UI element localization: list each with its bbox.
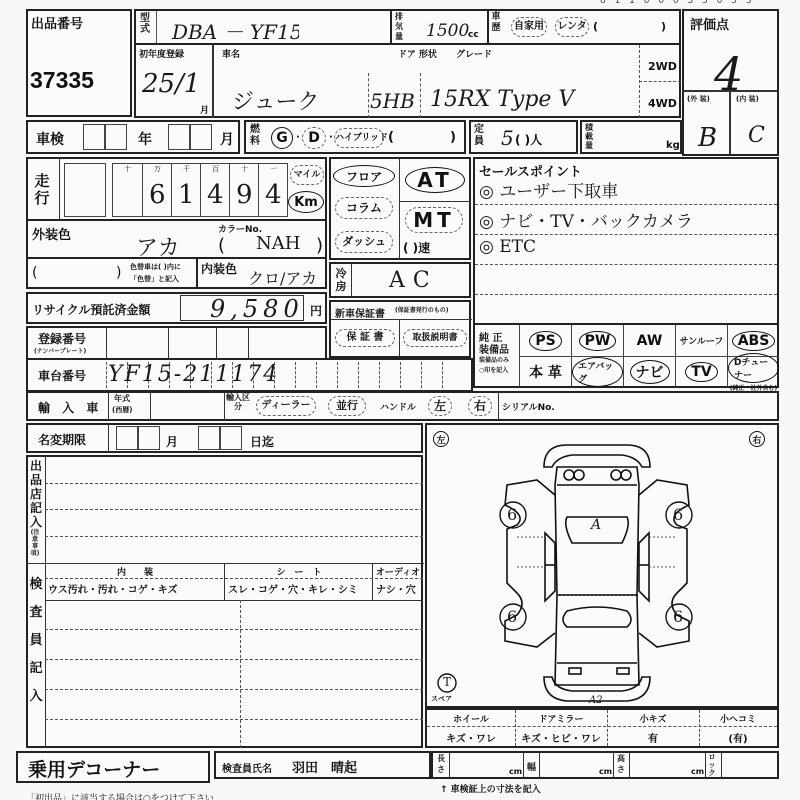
chassis-box: 車台番号 YF15-211174 [26, 358, 473, 392]
mileage-label: 走行 [33, 173, 51, 207]
shift-dash[interactable]: ダッシュ [335, 231, 393, 253]
exterior-check-items[interactable]: キズ・ワレ [427, 730, 515, 745]
spare-label: スペア [431, 695, 452, 703]
recycle-box: リサイクル預託済金額 9,580 円 [26, 292, 327, 324]
exterior-score-label: (外 装) [687, 95, 710, 103]
exterior-color-box: 外装色 アカ カラーNo. ( NAH ) [26, 219, 327, 259]
drive-4wd[interactable]: 4WD [648, 97, 677, 110]
corner-box: 乗用デコーナー [16, 751, 210, 783]
grade-label: グレード [456, 47, 492, 60]
repaint-box: ( ) 色替車は( )内に 「色替」と記入 [26, 257, 198, 289]
equipment-row1-4[interactable]: ABS [727, 325, 779, 356]
mileage-digit: 1 [178, 180, 195, 210]
displacement-label: 排気量 [393, 12, 405, 42]
mileage-extra-digit[interactable] [64, 163, 106, 217]
exterior-check-items[interactable]: (有) [699, 730, 777, 745]
damage-mark-front-right-tire[interactable]: 6 [673, 505, 683, 524]
damage-mark-rear-left-tire[interactable]: 6 [507, 607, 517, 626]
car-diagram[interactable]: 左 右 A 6 6 [425, 423, 779, 708]
sales-point-line: ◎ ETC [479, 237, 536, 257]
damage-mark-rear-bumper[interactable]: A2 [589, 695, 603, 706]
car-name-value: ジューク [232, 85, 320, 116]
equipment-box: 純 正 装備品 装備品のみ ○印を記入 PSPWAWサンルーフABS本 革エアバ… [473, 323, 779, 388]
ac-label: 冷房 [334, 267, 348, 293]
capacity-value: 5 [501, 126, 514, 150]
interior-color-value: クロ/アカ [248, 266, 317, 289]
name-change-day-2[interactable] [220, 426, 242, 450]
plate-box: 登録番号 (ナンバープレート) [26, 326, 327, 360]
type-label: 型式 [138, 13, 152, 35]
sales-points-box: セールスポイント ◎ ユーザー下取車◎ ナビ・TV・バックカメラ◎ ETC [473, 157, 779, 325]
mileage-digits[interactable]: 十万6千1百4十9一4 [112, 163, 288, 217]
ac-value: AC [389, 268, 438, 293]
name-change-month-2[interactable] [138, 426, 160, 450]
speed-count: ( )速 [403, 239, 430, 256]
interior-color-box: 内装色 クロ/アカ [196, 257, 327, 289]
interior-check-header: オーディオ [373, 565, 423, 578]
equipment-row2-3[interactable]: TV [675, 356, 727, 387]
import-dealer[interactable]: ディーラー [256, 396, 316, 416]
name-change-box: 名変期限 月 日迄 [26, 423, 423, 453]
chassis-label: 車台番号 [38, 367, 86, 384]
corner-name: 乗用デコーナー [28, 755, 160, 782]
chassis-value: YF15-211174 [108, 362, 279, 387]
inspector-notes-label: 検査員記入 [29, 571, 43, 711]
history-private[interactable]: 自家用 [511, 17, 547, 37]
first-reg-value: 25/1 [142, 69, 200, 99]
first-listing-note: 「初出品」に該当する場合は○をつけて下さい [26, 791, 214, 800]
mileage-digit: 9 [236, 180, 253, 210]
shaken-label: 車検 [36, 129, 64, 149]
score-box: 評価点 4 (外 装) (内 装) B C [682, 9, 779, 156]
fuel-gasoline[interactable]: G [271, 127, 293, 149]
fuel-hybrid[interactable]: ハイブリッド [334, 128, 384, 148]
sales-point-line: ◎ ナビ・TV・バックカメラ [479, 207, 693, 232]
capacity-box: 定員 5 ( )人 [469, 120, 578, 154]
name-change-month-1[interactable] [116, 426, 138, 450]
plate-label: 登録番号 [38, 330, 86, 347]
equipment-row1-2[interactable]: AW [623, 325, 675, 356]
recycle-value: 9,580 [210, 295, 304, 323]
unit-mile[interactable]: マイル [290, 165, 324, 185]
warranty-label: 新車保証書 [335, 305, 385, 320]
first-reg-label: 初年度登録 [139, 47, 184, 60]
history-box: 車歴 自家用 レンタ ( ) [487, 9, 681, 45]
shift-column[interactable]: コラム [335, 197, 393, 219]
history-rental[interactable]: レンタ [555, 17, 589, 37]
fuel-box: 燃料 G · D · ハイブリッド ( ) [244, 120, 466, 154]
damage-mark-roof[interactable]: A [591, 517, 601, 533]
score-label: 評価点 [690, 14, 729, 33]
fuel-label: 燃料 [248, 124, 262, 148]
type-value: DBA － YF15 [172, 16, 302, 45]
interior-check-items[interactable]: ウス汚れ・汚れ・コゲ・キズ [48, 581, 178, 596]
spare-tire-value: T [443, 675, 451, 689]
trans-at[interactable]: AT [405, 167, 465, 193]
handle-right[interactable]: 右 [468, 396, 492, 416]
mileage-digit-cell[interactable]: 万6 [142, 164, 171, 216]
capacity-label: 定員 [472, 124, 486, 148]
interior-check-header: 内 装 [45, 565, 225, 578]
dimensions-box: 長さ cm 幅 cm 高さ cm ロック [431, 751, 779, 779]
lot-number: 37335 [30, 67, 94, 94]
history-label: 車歴 [490, 12, 502, 34]
notes-box: 出品店記入 (注意事項) 検査員記入 内 装ウス汚れ・汚れ・コゲ・キズシ ー ト… [26, 455, 423, 748]
shaken-year-digit-1[interactable] [83, 124, 105, 150]
mileage-digit: 4 [265, 180, 282, 210]
color-no-value: NAH [256, 233, 300, 254]
ac-box: 冷房 AC [329, 262, 471, 298]
cc-unit: cc [468, 30, 479, 40]
door-label: ドア 形状 [398, 47, 437, 60]
fuel-diesel[interactable]: D [302, 127, 326, 149]
name-change-label: 名変期限 [38, 431, 86, 448]
mileage-digit-cell[interactable]: 千1 [171, 164, 200, 216]
name-change-day-1[interactable] [198, 426, 220, 450]
door-value: 5HB [370, 89, 415, 113]
mileage-box: 走行 十万6千1百4十9一4 マイル Km [26, 157, 327, 221]
shaken-box: 車検 年 月 [26, 120, 240, 154]
seller-notes-label: 出品店記入 [29, 459, 43, 529]
inspector-box: 検査員氏名 羽田 晴起 [214, 751, 431, 779]
load-box: 積載量 kg [580, 120, 682, 154]
trans-mt[interactable]: MT [405, 207, 463, 233]
interior-score: C [748, 123, 765, 148]
mileage-digit-cell[interactable]: 十9 [229, 164, 258, 216]
damage-mark-front-left-tire[interactable]: 6 [507, 505, 517, 524]
warranty-box: 新車保証書 (保証書発行のもの) 保 証 書 取扱説明書 [329, 300, 471, 358]
inspector-name: 羽田 晴起 [292, 757, 357, 776]
equipment-row1-0[interactable]: PS [519, 325, 571, 356]
dimensions-note: ↑ 車検証上の寸法を記入 [440, 782, 541, 795]
warranty-certificate[interactable]: 保 証 書 [335, 329, 395, 347]
shaken-year-digit-2[interactable] [105, 124, 127, 150]
displacement-box: 排気量 1500 cc [390, 9, 489, 45]
equipment-row1-3[interactable]: サンルーフ [675, 325, 727, 356]
lot-box: 出品番号 37335 [26, 9, 132, 117]
equipment-row2-0[interactable]: 本 革 [519, 356, 571, 387]
exterior-check-header: 小キズ [607, 712, 699, 725]
exterior-score: B [698, 123, 717, 153]
exterior-check-items[interactable]: キズ・ヒビ・ワレ [515, 730, 607, 745]
load-label: 積載量 [583, 123, 595, 150]
shift-box: フロア コラム ダッシュ AT MT ( )速 [329, 157, 471, 260]
warranty-manual[interactable]: 取扱説明書 [403, 329, 467, 347]
grade-value: 15RX Type V [430, 87, 574, 112]
sales-point-line: ◎ ユーザー下取車 [479, 177, 618, 202]
mileage-digit-cell[interactable]: 十 [113, 164, 142, 216]
exterior-check-header: 小ヘコミ [699, 712, 777, 725]
lot-label: 出品番号 [31, 13, 83, 32]
handle-left[interactable]: 左 [428, 396, 452, 416]
interior-score-label: (内 装) [736, 95, 759, 103]
interior-check-items[interactable]: スレ・コゲ・穴・キレ・シミ [228, 581, 358, 596]
damage-mark-rear-right-tire[interactable]: 6 [673, 607, 683, 626]
type-fill [299, 9, 392, 45]
car-info-box: 初年度登録 25/1 月 車名 ジューク ドア 形状 5HB グレード 15RX… [134, 43, 681, 118]
recycle-label: リサイクル預託済金額 [32, 301, 150, 318]
shaken-month-digit-2[interactable] [190, 124, 212, 150]
top-serial: 8 1 1 0 0 0 5 5 0 5 5 [600, 0, 755, 6]
interior-color-label: 内装色 [201, 260, 237, 277]
shift-floor[interactable]: フロア [333, 165, 395, 187]
import-parallel[interactable]: 並行 [328, 396, 366, 416]
displacement-value: 1500 [426, 21, 469, 41]
model-type-box: 型式 DBA － YF15 [134, 9, 301, 45]
mileage-digit-cell[interactable]: 百4 [200, 164, 229, 216]
exterior-check-items[interactable]: 有 [607, 730, 699, 745]
drive-2wd[interactable]: 2WD [648, 60, 677, 73]
shaken-month-digit-1[interactable] [168, 124, 190, 150]
car-outline-icon [427, 425, 777, 707]
equipment-row2-1[interactable]: エアバッグ [571, 356, 623, 387]
interior-check-items[interactable]: ナシ・穴 [376, 581, 416, 596]
equipment-row1-1[interactable]: PW [571, 325, 623, 356]
mileage-digit-cell[interactable]: 一4 [258, 164, 287, 216]
import-label: 輸 入 車 [38, 399, 102, 416]
exterior-color-label: 外装色 [32, 224, 71, 243]
exterior-check-box: ホイールキズ・ワレドアミラーキズ・ヒビ・ワレ小キズ有小ヘコミ(有) [425, 708, 779, 748]
equipment-row2-2[interactable]: ナビ [623, 356, 675, 387]
equipment-row2-4[interactable]: Dチューナー(純正・社外含む) [727, 356, 779, 387]
mileage-digit: 4 [207, 180, 224, 210]
import-box: 輸 入 車 年式 (西暦) 輸入区分 ディーラー 並行 ハンドル 左 右 シリア… [26, 391, 779, 421]
inspector-label: 検査員氏名 [222, 760, 272, 775]
car-name-label: 車名 [222, 47, 240, 60]
mileage-digit: 6 [149, 180, 166, 210]
unit-km[interactable]: Km [288, 191, 324, 213]
exterior-check-header: ホイール [427, 712, 515, 725]
exterior-check-header: ドアミラー [515, 712, 607, 725]
interior-check-header: シ ー ト [225, 565, 373, 578]
